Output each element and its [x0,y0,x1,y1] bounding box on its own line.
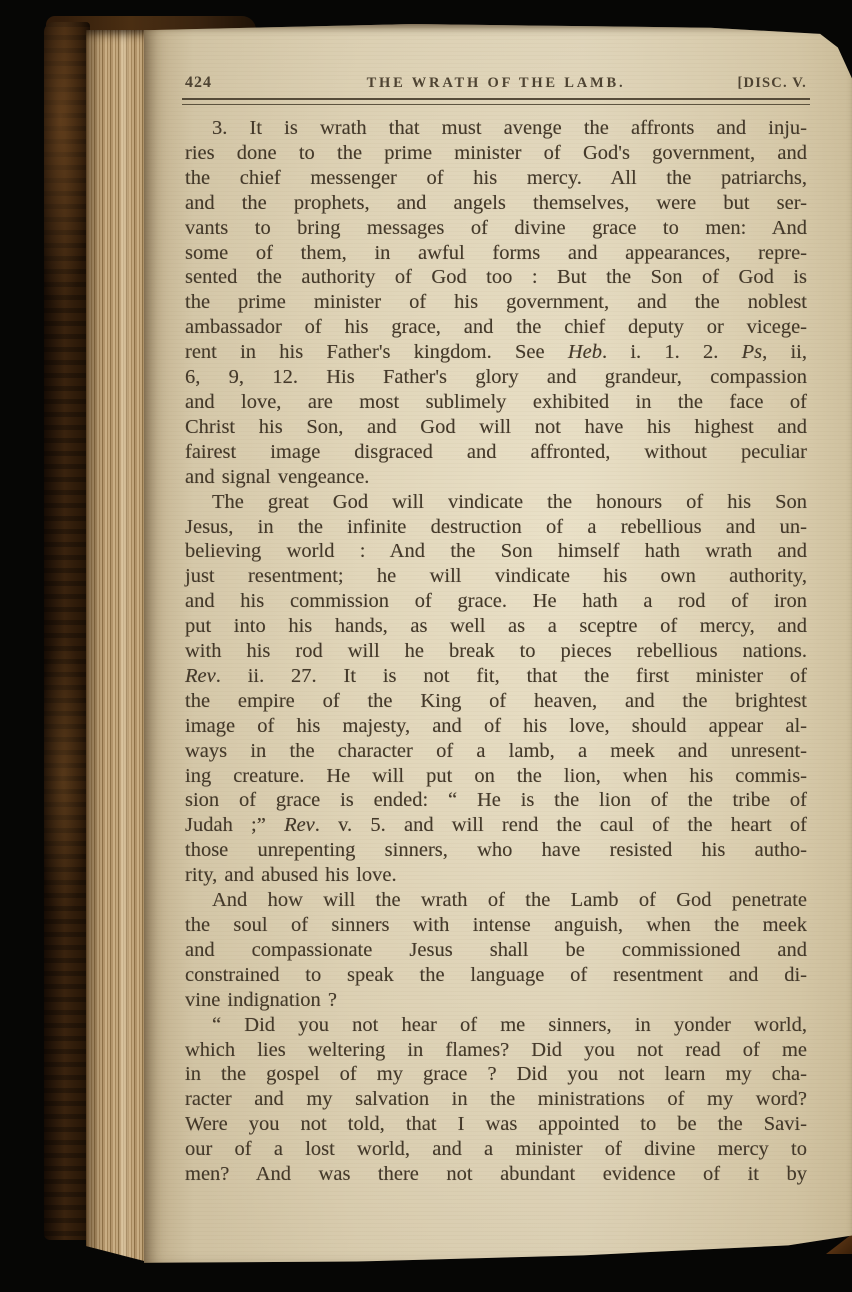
section-label: [DISC. V. [738,75,808,92]
running-head: 424 THE WRATH OF THE LAMB. [DISC. V. [185,74,807,92]
body-line: And how will the wrath of the Lamb of Go… [185,888,807,913]
body-line: ries done to the prime minister of God's… [185,141,807,166]
paragraph: “ Did you not hear of me sinners, in yon… [185,1013,807,1187]
body-line: the soul of sinners with intense anguish… [185,913,807,938]
body-line: and signal vengeance. [185,465,807,490]
body-line: Were you not told, that I was appointed … [185,1112,807,1137]
body-line: believing world : And the Son himself ha… [185,539,807,564]
body-line: the prime minister of his government, an… [185,290,807,315]
body-line: put into his hands, as well as a sceptre… [185,614,807,639]
body-line: our of a lost world, and a minister of d… [185,1137,807,1162]
paragraph: The great God will vindicate the honours… [185,490,807,889]
body-line: Judah ;” Rev. v. 5. and will rend the ca… [185,813,807,838]
body-line: ing creature. He will put on the lion, w… [185,764,807,789]
body-line: rent in his Father's kingdom. See Heb. i… [185,340,807,365]
body-line: vine indignation ? [185,988,807,1013]
body-line: and his commission of grace. He hath a r… [185,589,807,614]
body-line: some of them, in awful forms and appeara… [185,241,807,266]
body-line: vants to bring messages of divine grace … [185,216,807,241]
body-line: Rev. ii. 27. It is not fit, that the fir… [185,664,807,689]
body-line: fairest image disgraced and affronted, w… [185,440,807,465]
body-line: which lies weltering in flames? Did you … [185,1038,807,1063]
page-content: 424 THE WRATH OF THE LAMB. [DISC. V. 3. … [185,74,807,1187]
body-line: constrained to speak the language of res… [185,963,807,988]
body-line: and the prophets, and angels themselves,… [185,191,807,216]
body-line: 6, 9, 12. His Father's glory and grandeu… [185,365,807,390]
header-double-rule [182,98,810,105]
body-line: the chief messenger of his mercy. All th… [185,166,807,191]
book-spine [44,22,90,1240]
paragraph: And how will the wrath of the Lamb of Go… [185,888,807,1013]
body-text: 3. It is wrath that must avenge the affr… [185,116,807,1187]
body-line: image of his majesty, and of his love, s… [185,714,807,739]
body-line: those unrepenting sinners, who have resi… [185,838,807,863]
paragraph: 3. It is wrath that must avenge the affr… [185,116,807,490]
body-line: just resentment; he will vindicate his o… [185,564,807,589]
body-line: Jesus, in the infinite destruction of a … [185,515,807,540]
page-number: 424 [185,74,212,92]
body-line: The great God will vindicate the honours… [185,490,807,515]
body-line: ways in the character of a lamb, a meek … [185,739,807,764]
body-line: with his rod will he break to pieces reb… [185,639,807,664]
body-line: the empire of the King of heaven, and th… [185,689,807,714]
body-line: sented the authority of God too : But th… [185,265,807,290]
fore-edge-pages [86,30,148,1262]
book-photo: 424 THE WRATH OF THE LAMB. [DISC. V. 3. … [0,0,852,1292]
body-line: racter and my salvation in the ministrat… [185,1087,807,1112]
body-line: Christ his Son, and God will not have hi… [185,415,807,440]
body-line: sion of grace is ended: “ He is the lion… [185,788,807,813]
body-line: and love, are most sublimely exhibited i… [185,390,807,415]
body-line: rity, and abused his love. [185,863,807,888]
body-line: and compassionate Jesus shall be commiss… [185,938,807,963]
body-line: men? And was there not abundant evidence… [185,1162,807,1187]
book-page: 424 THE WRATH OF THE LAMB. [DISC. V. 3. … [144,24,852,1264]
body-line: “ Did you not hear of me sinners, in yon… [185,1013,807,1038]
body-line: 3. It is wrath that must avenge the affr… [185,116,807,141]
body-line: ambassador of his grace, and the chief d… [185,315,807,340]
running-title: THE WRATH OF THE LAMB. [367,75,626,92]
body-line: in the gospel of my grace ? Did you not … [185,1062,807,1087]
